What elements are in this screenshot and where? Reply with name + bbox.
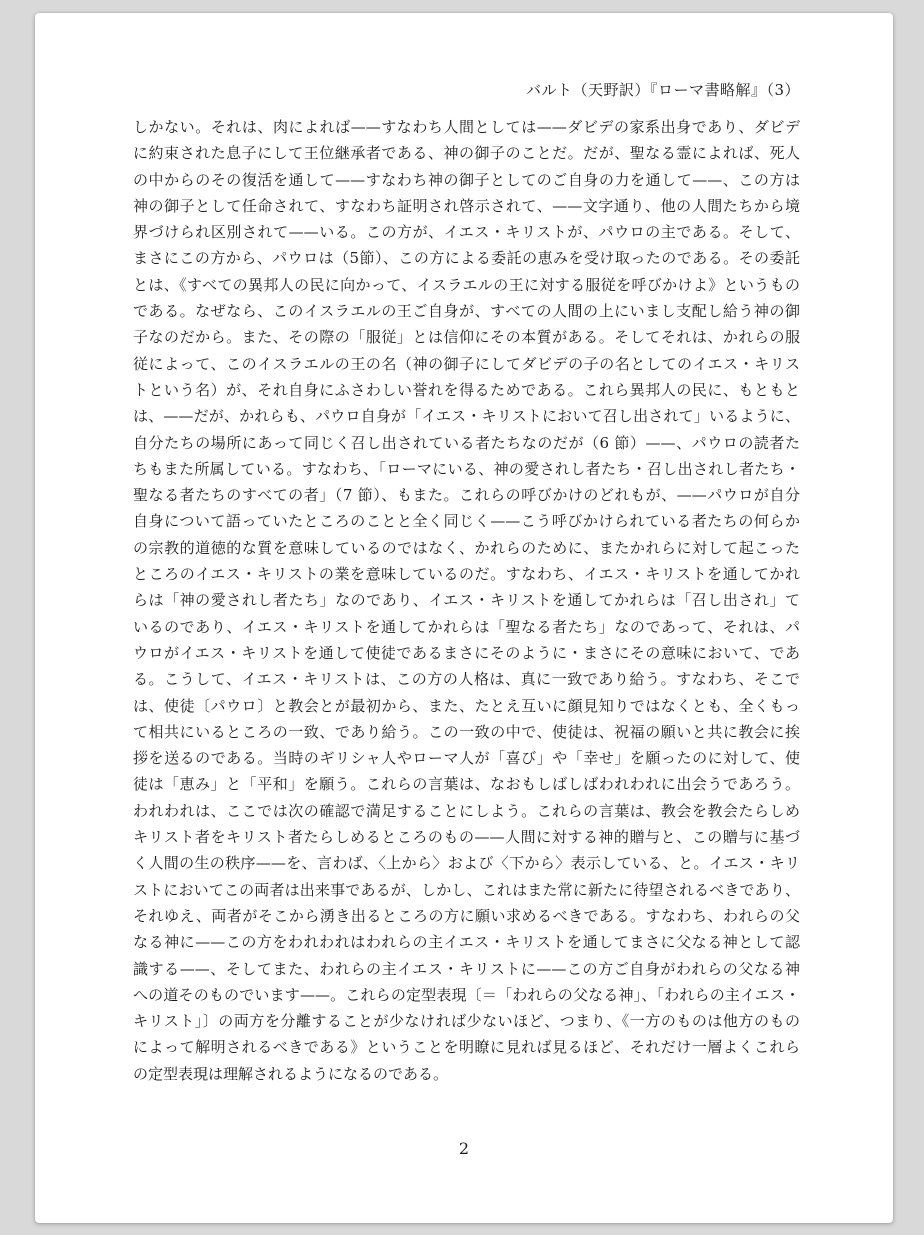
text-line: に約束された息子にして王位継承者である、神の御子のことだ。だが、聖なる霊によれば…: [133, 140, 800, 166]
text-line: 徒は「恵み」と「平和」を願う。これらの言葉は、なおもしばしばわれわれに出会うであ…: [133, 771, 800, 797]
text-line: トという名）が、それ自身にふさわしい誉れを得るためである。これら異邦人の民に、も…: [133, 377, 800, 403]
text-line: 神の御子として任命されて、すなわち証明され啓示されて、——文字通り、他の人間たち…: [133, 193, 800, 219]
text-line: それゆえ、両者がそこから湧き出るところの方に願い求めるべきである。すなわち、われ…: [133, 903, 800, 929]
document-viewer-background: バルト（天野訳）『ローマ書略解』（3） しかない。それは、肉によれば——すなわち…: [0, 0, 924, 1235]
page-number: 2: [35, 1139, 893, 1158]
text-line: われわれは、ここでは次の確認で満足することにしよう。これらの言葉は、教会を教会た…: [133, 798, 800, 824]
text-line: まさにこの方から、パウロは（5節）、この方による委託の恵みを受け取ったのである。…: [133, 245, 800, 271]
text-line: 自身について語っていたところのことと全く同じく——こう呼びかけられている者たちの…: [133, 508, 800, 534]
running-header: バルト（天野訳）『ローマ書略解』（3）: [526, 80, 800, 100]
text-line: く人間の生の秩序——を、言わば、〈上から〉および〈下から〉表示している、と。イエ…: [133, 850, 800, 876]
text-line: 自分たちの場所にあって同じく召し出されている者たちなのだが（6 節）——、パウロ…: [133, 430, 800, 456]
text-line: 拶を送るのである。当時のギリシャ人やローマ人が「喜び」や「幸せ」を願ったのに対し…: [133, 745, 800, 771]
text-line: ウロがイエス・キリストを通して使徒であるまさにそのように・まさにその意味において…: [133, 640, 800, 666]
text-line: しかない。それは、肉によれば——すなわち人間としては——ダビデの家系出身であり、…: [133, 114, 800, 140]
text-line: なる神に——この方をわれわれはわれらの主イエス・キリストを通してまさに父なる神と…: [133, 929, 800, 955]
text-line: の定型表現は理解されるようになるのである。: [133, 1061, 800, 1087]
text-line: ちもまた所属している。すなわち、「ローマにいる、神の愛されし者たち・召し出されし…: [133, 456, 800, 482]
text-line: ストにおいてこの両者は出来事であるが、しかし、これはまた常に新たに待望されるべき…: [133, 877, 800, 903]
text-line: キリスト者をキリスト者たらしめるところのもの——人間に対する神的贈与と、この贈与…: [133, 824, 800, 850]
text-line: 識する——、そしてまた、われらの主イエス・キリストに——この方ご自身がわれらの父…: [133, 956, 800, 982]
text-line: は、——だが、かれらも、パウロ自身が「イエス・キリストにおいて召し出されて」いる…: [133, 403, 800, 429]
text-line: への道そのものでいます——。これらの定型表現〔＝「われらの父なる神」、「われらの…: [133, 982, 800, 1008]
text-line: によって解明されるべきである》ということを明瞭に見れば見るほど、それだけ一層よく…: [133, 1034, 800, 1060]
text-line: の中からのその復活を通して——すなわち神の御子としてのご自身の力を通して——、こ…: [133, 167, 800, 193]
body-text: しかない。それは、肉によれば——すなわち人間としては——ダビデの家系出身であり、…: [133, 114, 800, 1087]
text-line: 子なのだから。また、その際の「服従」とは信仰にその本質がある。そしてそれは、かれ…: [133, 324, 800, 350]
page-sheet: バルト（天野訳）『ローマ書略解』（3） しかない。それは、肉によれば——すなわち…: [35, 13, 893, 1223]
text-line: る。こうして、イエス・キリストは、この方の人格は、真に一致であり給う。すなわち、…: [133, 666, 800, 692]
text-line: 従によって、このイスラエルの王の名（神の御子にしてダビデの子の名としてのイエス・…: [133, 351, 800, 377]
text-line: である。なぜなら、このイスラエルの王ご自身が、すべての人間の上にいまし支配し給う…: [133, 298, 800, 324]
text-line: キリスト」〕の両方を分離することが少なければ少ないほど、つまり、《一方のものは他…: [133, 1008, 800, 1034]
text-line: て相共にいるところの一致、であり給う。この一致の中で、使徒は、祝福の願いと共に教…: [133, 719, 800, 745]
text-line: とは、《すべての異邦人の民に向かって、イスラエルの王に対する服従を呼びかけよ》と…: [133, 272, 800, 298]
text-line: ところのイエス・キリストの業を意味しているのだ。すなわち、イエス・キリストを通し…: [133, 561, 800, 587]
text-line: らは「神の愛されし者たち」なのであり、イエス・キリストを通してかれらは「召し出さ…: [133, 587, 800, 613]
text-line: の宗教的道徳的な質を意味しているのではなく、かれらのために、またかれらに対して起…: [133, 535, 800, 561]
text-line: いるのであり、イエス・キリストを通してかれらは「聖なる者たち」なのであって、それ…: [133, 614, 800, 640]
text-line: 聖なる者たちのすべての者」（7 節）、もまた。これらの呼びかけのどれもが、——パ…: [133, 482, 800, 508]
text-line: は、使徒〔パウロ〕と教会とが最初から、また、たとえ互いに顔見知りではなくとも、全…: [133, 693, 800, 719]
text-line: 界づけられ区別されて——いる。この方が、イエス・キリストが、パウロの主である。そ…: [133, 219, 800, 245]
